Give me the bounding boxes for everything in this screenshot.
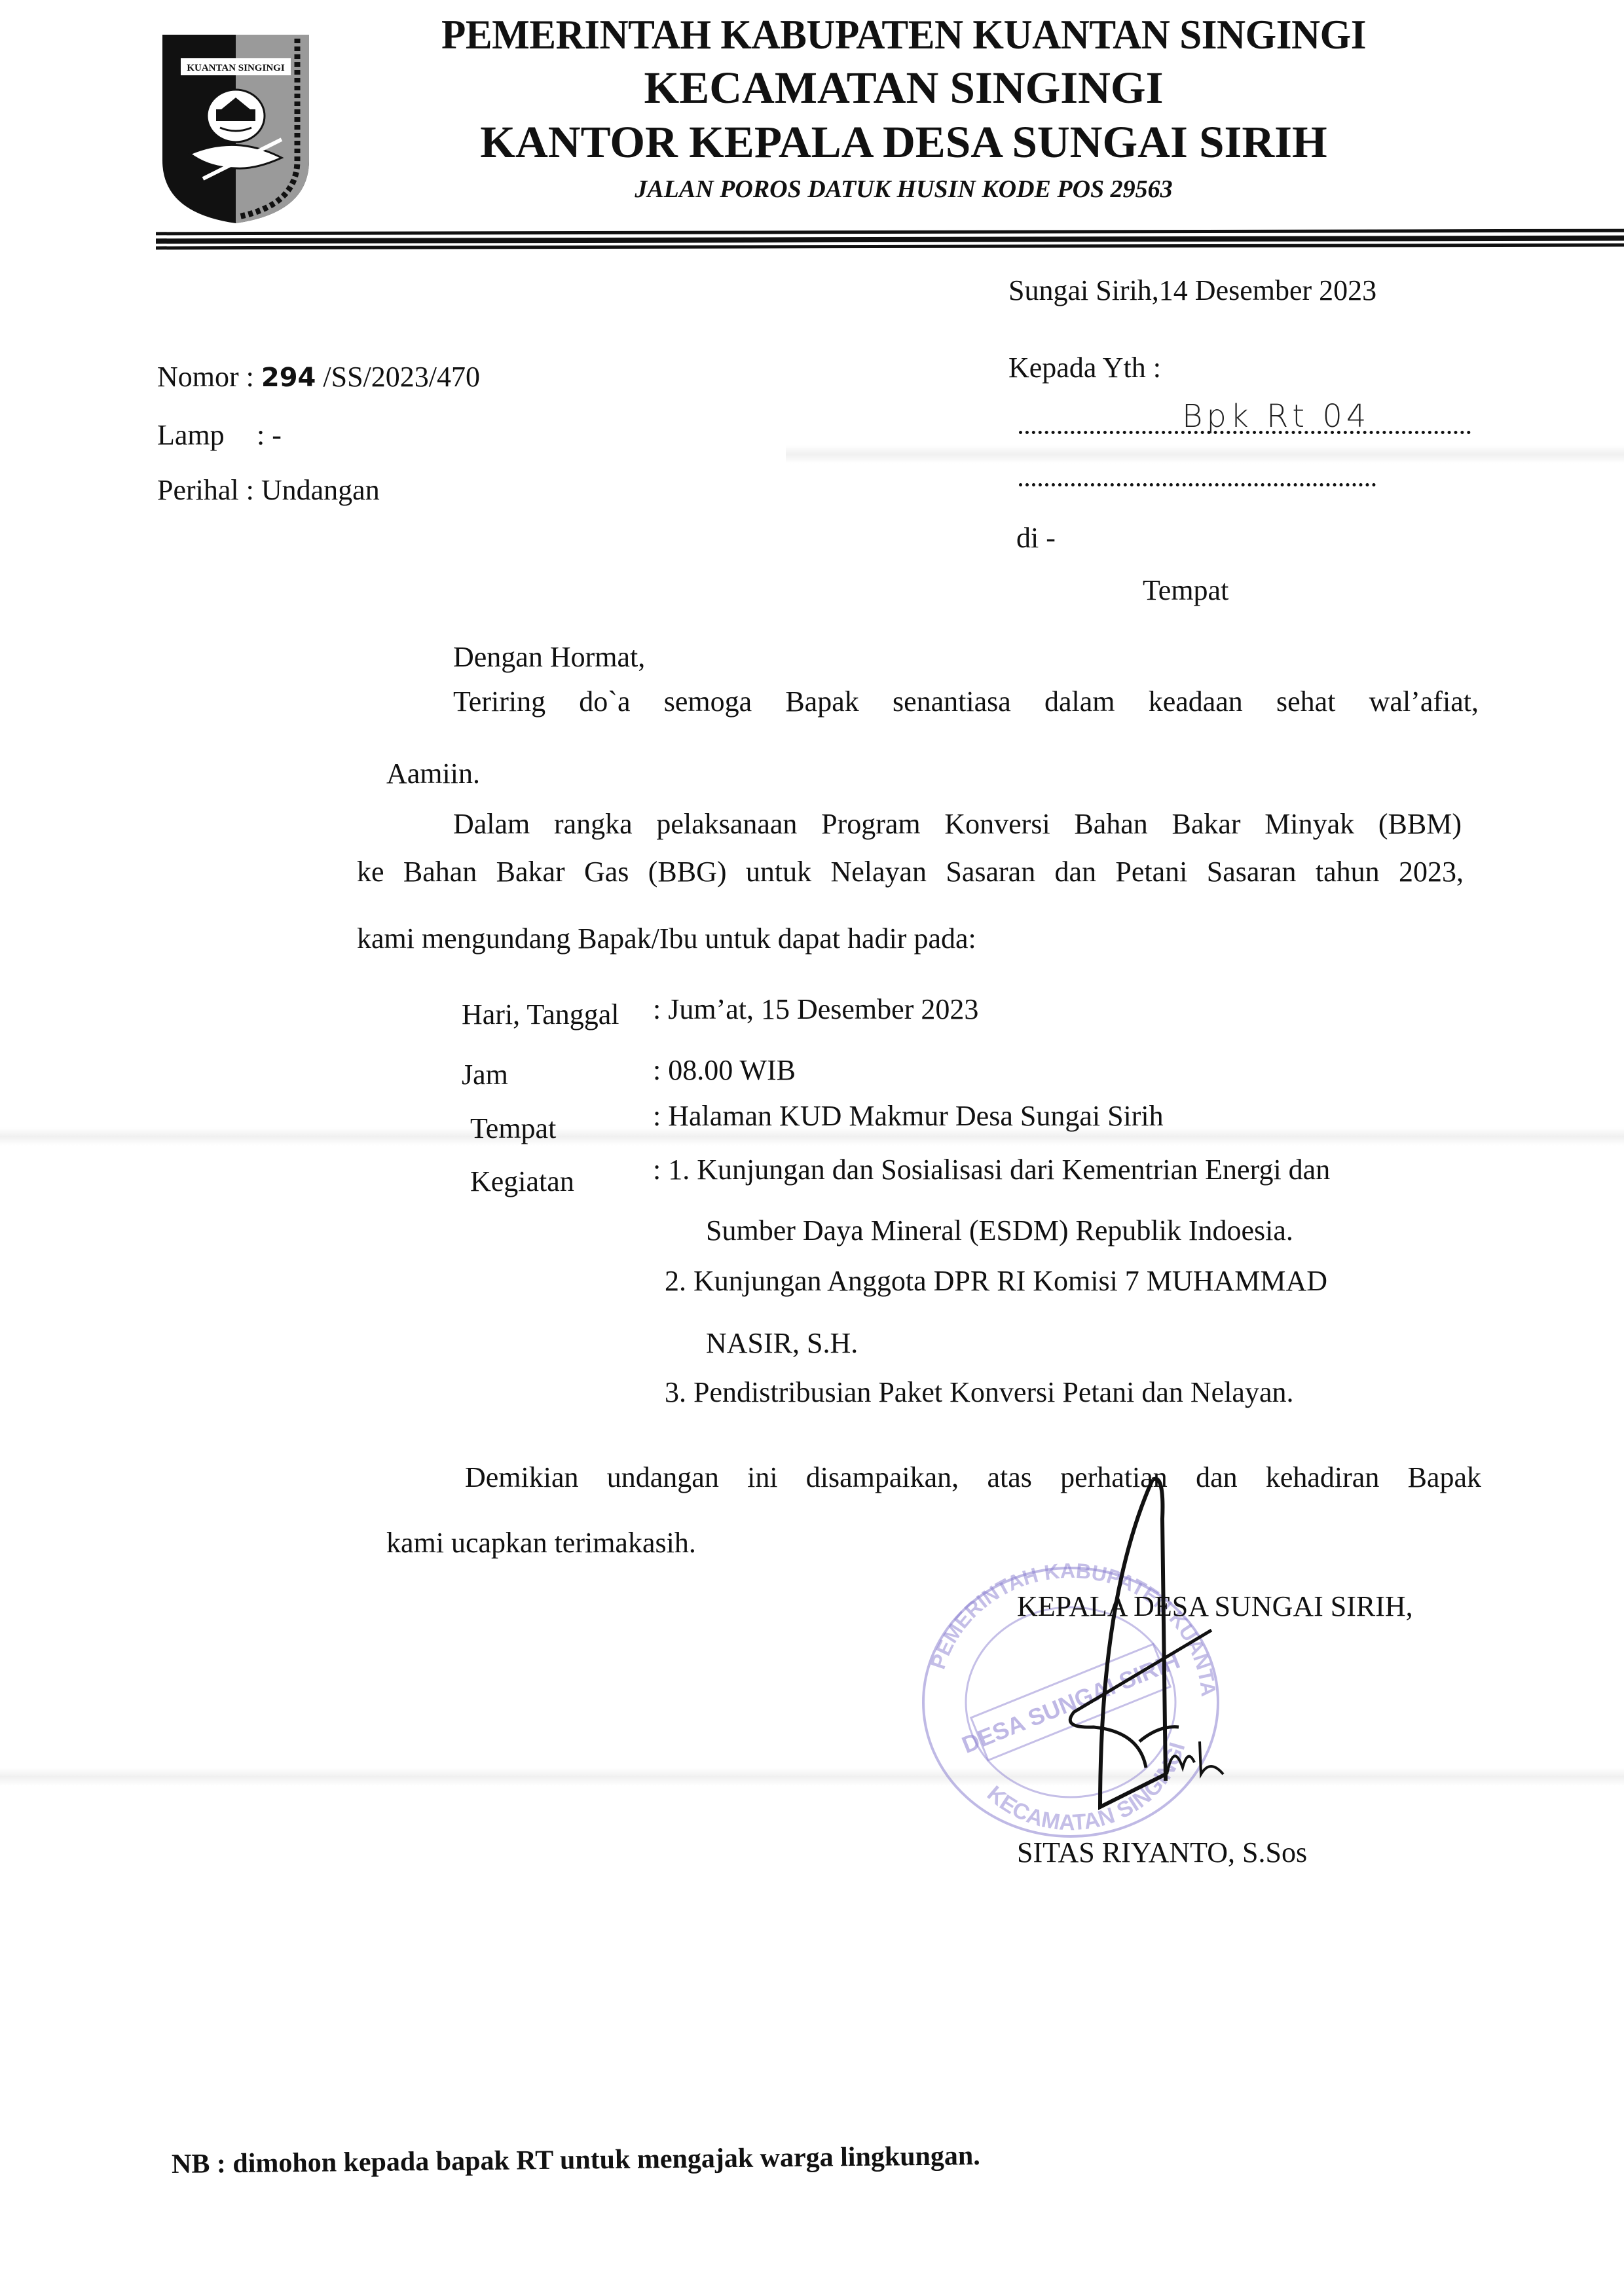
tempat-label: Tempat <box>1143 576 1228 605</box>
letterhead-regency: PEMERINTAH KABUPATEN KUANTAN SINGINGI <box>402 14 1406 56</box>
intro-line-2: ke Bahan Bakar Gas (BBG) untuk Nelayan S… <box>357 858 1464 886</box>
event-activity-2: 2. Kunjungan Anggota DPR RI Komisi 7 MUH… <box>665 1267 1327 1296</box>
letterhead-district: KECAMATAN SINGINGI <box>386 65 1421 111</box>
event-label-date: Hari, Tanggal <box>462 1000 619 1029</box>
salutation: Dengan Hormat, <box>453 643 645 672</box>
footnote-nb: NB : dimohon kepada bapak RT untuk menga… <box>172 2140 980 2180</box>
letterhead-rule <box>156 229 1624 236</box>
recipient-line-2 <box>1019 483 1376 486</box>
paper-fold-shadow <box>0 1768 1624 1786</box>
coat-of-arms-logo-icon: KUANTAN SINGINGI <box>157 29 314 226</box>
perihal-field: Perihal : Undangan <box>157 476 380 505</box>
event-activity-2-cont: NASIR, S.H. <box>706 1329 858 1358</box>
letterhead-office: KANTOR KEPALA DESA SUNGAI SIRIH <box>386 120 1421 165</box>
recipient-handwritten: Bpk Rt 04 <box>1182 398 1370 435</box>
handwritten-signature-icon <box>1048 1467 1270 1833</box>
event-value-date: : Jum’at, 15 Desember 2023 <box>653 995 978 1024</box>
nomor-field: Nomor : 294 /SS/2023/470 <box>157 363 480 392</box>
event-activity-1-cont: Sumber Daya Mineral (ESDM) Republik Indo… <box>706 1216 1293 1245</box>
svg-text:KUANTAN SINGINGI: KUANTAN SINGINGI <box>187 63 284 73</box>
closing-line-1: Demikian undangan ini disampaikan, atas … <box>465 1463 1481 1492</box>
perihal-label: Perihal : <box>157 474 254 506</box>
paper-fold-shadow <box>786 445 1624 464</box>
perihal-value: Undangan <box>261 474 380 506</box>
event-activity-3: 3. Pendistribusian Paket Konversi Petani… <box>665 1378 1293 1407</box>
signatory-name: SITAS RIYANTO, S.Sos <box>1017 1838 1307 1867</box>
intro-line-1: Dalam rangka pelaksanaan Program Konvers… <box>453 810 1462 839</box>
lamp-value: : - <box>257 421 282 450</box>
letterhead-rule <box>156 244 1624 250</box>
kepada-label: Kepada Yth : <box>1008 354 1161 382</box>
intro-line-3: kami mengundang Bapak/Ibu untuk dapat ha… <box>357 924 976 953</box>
event-label-place: Tempat <box>470 1114 556 1143</box>
event-label-activity: Kegiatan <box>470 1167 574 1196</box>
event-label-time: Jam <box>462 1061 508 1089</box>
lamp-label: Lamp <box>157 421 225 450</box>
letterhead-rule <box>156 236 1624 244</box>
event-activity-1: : 1. Kunjungan dan Sosialisasi dari Keme… <box>653 1156 1330 1184</box>
greeting-line-1: Teriring do`a semoga Bapak senantiasa da… <box>453 687 1479 716</box>
di-label: di - <box>1016 524 1056 553</box>
event-value-place: : Halaman KUD Makmur Desa Sungai Sirih <box>653 1102 1164 1131</box>
nomor-label: Nomor : <box>157 361 254 393</box>
nomor-suffix: /SS/2023/470 <box>323 361 480 393</box>
greeting-line-2: Aamiin. <box>386 759 480 788</box>
place-date: Sungai Sirih,14 Desember 2023 <box>1008 276 1376 305</box>
letterhead-address: JALAN POROS DATUK HUSIN KODE POS 29563 <box>386 177 1421 202</box>
closing-line-2: kami ucapkan terimakasih. <box>386 1529 696 1558</box>
event-value-time: : 08.00 WIB <box>653 1056 796 1085</box>
nomor-handwritten-number: 294 <box>261 363 316 393</box>
